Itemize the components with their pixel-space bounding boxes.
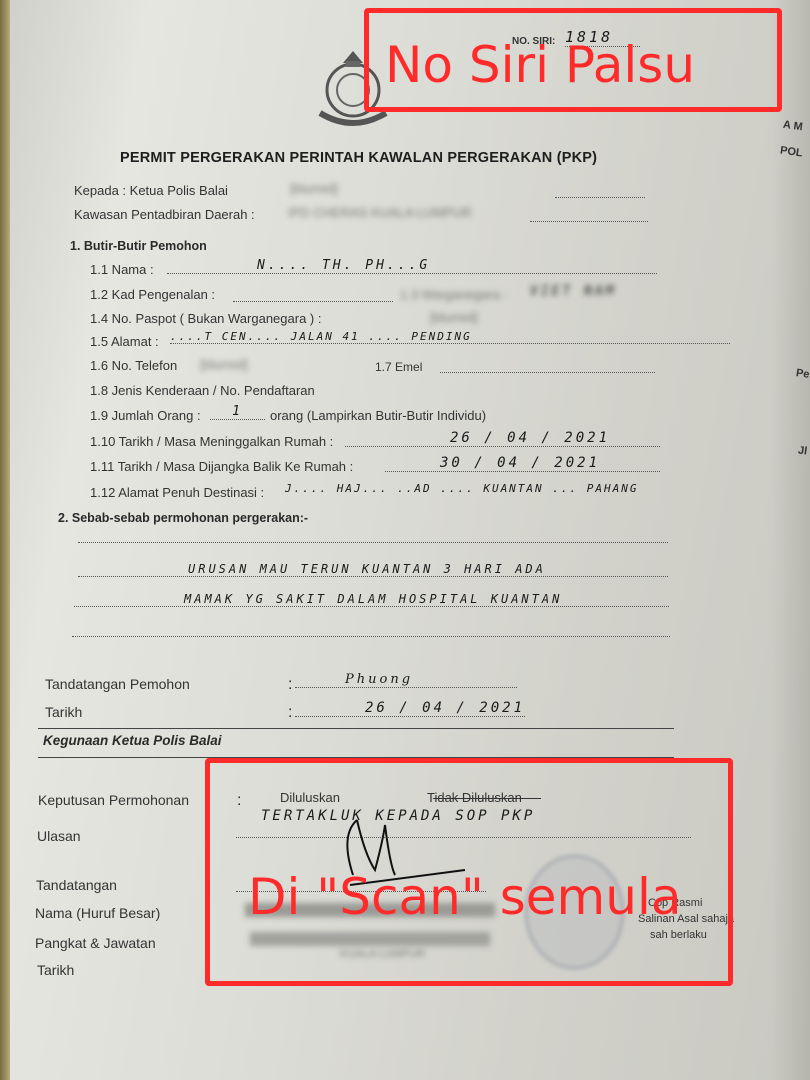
field-tarikh-balik-label: 1.11 Tarikh / Masa Dijangka Balik Ke Rum… xyxy=(90,459,353,474)
officer-signature-label: Tandatangan xyxy=(36,877,117,893)
annotation-label-signature: Di "Scan" semula xyxy=(248,872,681,922)
side-text: Jl xyxy=(797,444,808,457)
section2-title: 2. Sebab-sebab permohonan pergerakan:- xyxy=(58,511,308,525)
field-kp-value xyxy=(233,287,393,302)
field-paspot-value: [blurred] xyxy=(430,310,478,325)
kepada-label: Kepada : Ketua Polis Balai xyxy=(74,183,228,198)
dotted-line xyxy=(72,626,670,637)
colon: : xyxy=(288,676,292,694)
side-text: A M xyxy=(782,119,803,134)
field-warganegara-value: VIET NAM xyxy=(530,284,617,299)
divider xyxy=(38,728,674,729)
field-jumlah-value: 1 xyxy=(210,404,265,420)
side-text: Pe xyxy=(795,367,810,381)
dotted-line xyxy=(78,532,668,543)
field-telefon-label: 1.6 No. Telefon xyxy=(90,358,177,373)
field-alamat-label: 1.5 Alamat : xyxy=(90,334,159,349)
kepada-value: [blurred] xyxy=(290,181,520,196)
field-tarikh-balik-value: 30 / 04 / 2021 xyxy=(385,455,660,472)
field-tarikh-keluar-value: 26 / 04 / 2021 xyxy=(345,430,660,447)
colon: : xyxy=(288,704,292,722)
applicant-signature-label: Tandatangan Pemohon xyxy=(45,676,190,692)
kawasan-label: Kawasan Pentadbiran Daerah : xyxy=(74,207,255,222)
reason-line-1: URUSAN MAU TERUN KUANTAN 3 HARI ADA xyxy=(78,562,668,577)
section1-title: 1. Butir-Butir Pemohon xyxy=(70,239,207,253)
field-kp-label: 1.2 Kad Pengenalan : xyxy=(90,287,215,302)
kawasan-value: IPD CHERAS KUALA LUMPUR xyxy=(288,205,472,220)
applicant-date-label: Tarikh xyxy=(45,704,82,720)
officer-date-label: Tarikh xyxy=(37,962,74,978)
field-emel-label: 1.7 Emel xyxy=(375,360,422,374)
field-warganegara-label: 1.3 Warganegara : xyxy=(400,287,507,302)
field-destinasi-value: J.... HAJ... ..AD .... KUANTAN ... PAHAN… xyxy=(285,482,639,495)
paper-edge-right xyxy=(770,0,810,1080)
remarks-label: Ulasan xyxy=(37,828,81,844)
field-telefon-value: [blurred] xyxy=(200,357,248,372)
reason-line-2: MAMAK YG SAKIT DALAM HOSPITAL KUANTAN xyxy=(74,592,669,607)
field-jumlah-label: 1.9 Jumlah Orang : xyxy=(90,408,201,423)
field-nama-value: N.... TH. PH...G xyxy=(167,258,657,274)
field-kenderaan-label: 1.8 Jenis Kenderaan / No. Pendaftaran xyxy=(90,383,315,398)
field-destinasi-label: 1.12 Alamat Penuh Destinasi : xyxy=(90,485,264,500)
decision-label: Keputusan Permohonan xyxy=(38,792,189,808)
applicant-date-value: 26 / 04 / 2021 xyxy=(295,700,525,717)
field-tarikh-keluar-label: 1.10 Tarikh / Masa Meninggalkan Rumah : xyxy=(90,434,333,449)
dotted-line xyxy=(555,183,645,198)
field-jumlah-suffix: orang (Lampirkan Butir-Butir Individu) xyxy=(270,408,486,423)
officer-rank-label: Pangkat & Jawatan xyxy=(35,935,156,951)
field-emel-value xyxy=(440,358,655,373)
field-alamat-value: ....T CEN.... JALAN 41 .... PENDING xyxy=(170,330,730,344)
officer-name-label: Nama (Huruf Besar) xyxy=(35,905,160,921)
field-paspot-label: 1.4 No. Paspot ( Bukan Warganegara ) : xyxy=(90,311,321,326)
applicant-signature-value: Phuong xyxy=(295,672,517,688)
paper-edge-left xyxy=(0,0,10,1080)
document-title: PERMIT PERGERAKAN PERINTAH KAWALAN PERGE… xyxy=(120,150,597,166)
police-section-title: Kegunaan Ketua Polis Balai xyxy=(43,733,222,748)
dotted-line xyxy=(530,207,648,222)
field-nama-label: 1.1 Nama : xyxy=(90,262,154,277)
annotation-label-serial: No Siri Palsu xyxy=(385,40,695,90)
